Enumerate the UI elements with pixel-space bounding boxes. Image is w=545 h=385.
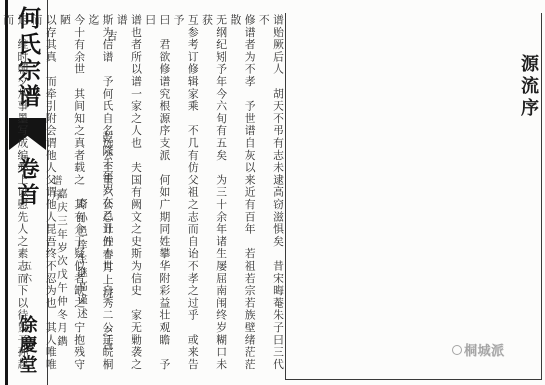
center-divider-line (285, 13, 286, 380)
text-column: 以存其真 而牵引附会谓他人父谓他人昆吾终不忍为也 其人唯唯而 (29, 14, 57, 380)
text-column: 斯为信谱 予何氏自名远公至重六公总计五十世 自秀二公迁皖桐迄 (86, 14, 114, 380)
text-column: 修辑之一助云 (0, 14, 1, 380)
text-column: 修谱者为不孝 予世谱自灰以来近有百年 若祖若宗若族壁绪茫茫散 (228, 14, 256, 380)
watermark-text: 桐城派 (464, 340, 505, 359)
bottom-border-line (285, 379, 542, 380)
right-page-text: 源流序 (292, 14, 541, 380)
text-column: 互参考订修辑家乘 不几有仿父祖之志而自诒不孝之过乎 或来告予 (171, 14, 199, 380)
text-column: 曰 君欲修谱究根源序支派 何如广期同姓攀华附彩益壮观瞻 予曰 (143, 14, 171, 380)
text-column: 今十有余世 其间知之真者载之 其有介于疑似者缺之 宁抱残守陋 (58, 14, 86, 380)
watermark-logo-icon (452, 345, 462, 355)
watermark: 桐城派 (452, 340, 505, 359)
text-column: 谱贻厥后人 胡天不弔有志未逮高窃滋惧矣 昔宋晦菴朱子曰三代不 (257, 14, 285, 380)
text-column: 谱也者所以谱一家之人也 夫国有阙文之史斯为信史 家无勦袭之谱 (115, 14, 143, 380)
preface-title: 源流序 (516, 14, 541, 380)
right-border-line (541, 13, 542, 380)
text-column: 无纲纪矧予年今六旬有五矣 为三十余年诸生屡屈南闱终岁糊口未获 (200, 14, 228, 380)
text-column: 退 维时朝夕从事墨写成编亦上以慰先人之素志而下以待贤子孙起而 (1, 14, 29, 380)
left-page-text: 谱贻厥后人 胡天不弔有志未逮高窃滋惧矣 昔宋晦菴朱子曰三代不修谱者为不孝 予世谱… (128, 14, 285, 380)
genealogy-scan-page: 何氏宗谱 卷首 五六 馀慶堂 谱序 吉 乾隆十年岁在乙丑仲春月上浣 之吉 裔孙邑… (0, 0, 545, 385)
